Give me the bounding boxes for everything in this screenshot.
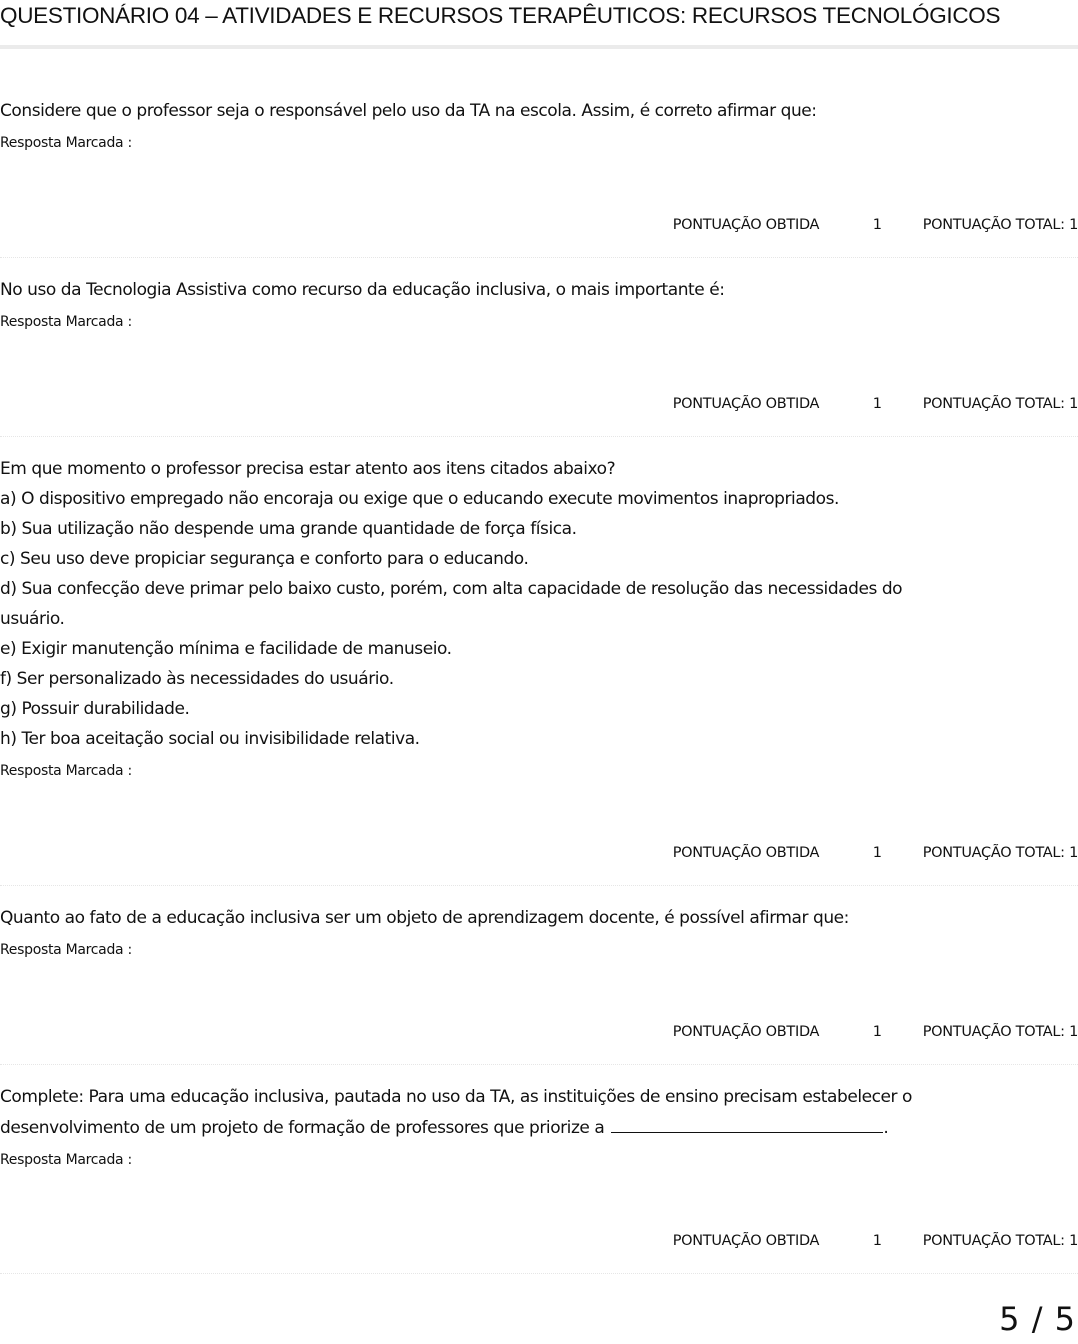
question-option-d: d) Sua confecção deve primar pelo baixo … [0, 574, 1078, 604]
question-option-a: a) O dispositivo empregado não encoraja … [0, 484, 1078, 514]
answer-marked-label: Resposta Marcada : [0, 135, 1078, 151]
question-line: Considere que o professor seja o respons… [0, 96, 1078, 126]
score-obtained-value: 1 [873, 396, 923, 412]
page-title: QUESTIONÁRIO 04 – ATIVIDADES E RECURSOS … [0, 3, 1000, 29]
page-indicator: 5 / 5 [999, 1300, 1076, 1338]
score-row: PONTUAÇÃO OBTIDA1PONTUAÇÃO TOTAL: 1 [673, 1233, 1078, 1255]
score-row: PONTUAÇÃO OBTIDA1PONTUAÇÃO TOTAL: 1 [673, 217, 1078, 239]
score-obtained-label: PONTUAÇÃO OBTIDA [673, 1024, 873, 1040]
answer-marked-label: Resposta Marcada : [0, 1152, 1078, 1168]
score-total-label: PONTUAÇÃO TOTAL: [923, 396, 1065, 412]
question-line: Complete: Para uma educação inclusiva, p… [0, 1082, 1078, 1112]
question-line-text: desenvolvimento de um projeto de formaçã… [0, 1118, 604, 1138]
question-text: Considere que o professor seja o respons… [0, 96, 1078, 126]
score-total-value: 1 [1069, 845, 1078, 861]
question-option-h: h) Ter boa aceitação social ou invisibil… [0, 724, 1078, 754]
score-obtained-label: PONTUAÇÃO OBTIDA [673, 217, 873, 233]
score-total-value: 1 [1069, 1024, 1078, 1040]
question-option-g: g) Possuir durabilidade. [0, 694, 1078, 724]
question-1: Considere que o professor seja o respons… [0, 96, 1078, 258]
question-line: desenvolvimento de um projeto de formaçã… [0, 1112, 1078, 1143]
question-4: Quanto ao fato de a educação inclusiva s… [0, 903, 1078, 1065]
answer-marked-label: Resposta Marcada : [0, 763, 1078, 779]
question-text: Quanto ao fato de a educação inclusiva s… [0, 903, 1078, 933]
score-obtained-value: 1 [873, 217, 923, 233]
answer-marked-label: Resposta Marcada : [0, 942, 1078, 958]
score-obtained-value: 1 [873, 845, 923, 861]
question-line: Em que momento o professor precisa estar… [0, 454, 1078, 484]
score-obtained-label: PONTUAÇÃO OBTIDA [673, 396, 873, 412]
score-total-value: 1 [1069, 217, 1078, 233]
question-3: Em que momento o professor precisa estar… [0, 454, 1078, 886]
score-obtained-label: PONTUAÇÃO OBTIDA [673, 1233, 873, 1249]
score-total-label: PONTUAÇÃO TOTAL: [923, 217, 1065, 233]
blank-suffix: . [883, 1118, 888, 1138]
page-separator: / [1032, 1300, 1044, 1338]
question-5: Complete: Para uma educação inclusiva, p… [0, 1082, 1078, 1274]
question-line: Quanto ao fato de a educação inclusiva s… [0, 903, 1078, 933]
score-total-value: 1 [1069, 396, 1078, 412]
score-total-label: PONTUAÇÃO TOTAL: [923, 1024, 1065, 1040]
question-option-d-cont: usuário. [0, 604, 1078, 634]
answer-marked-label: Resposta Marcada : [0, 314, 1078, 330]
question-text: No uso da Tecnologia Assistiva como recu… [0, 275, 1078, 305]
question-option-e: e) Exigir manutenção mínima e facilidade… [0, 634, 1078, 664]
page-total: 5 [1055, 1300, 1076, 1338]
question-text: Complete: Para uma educação inclusiva, p… [0, 1082, 1078, 1143]
page-current: 5 [999, 1300, 1020, 1338]
question-option-c: c) Seu uso deve propiciar segurança e co… [0, 544, 1078, 574]
question-option-b: b) Sua utilização não despende uma grand… [0, 514, 1078, 544]
score-total-label: PONTUAÇÃO TOTAL: [923, 1233, 1065, 1249]
score-obtained-value: 1 [873, 1233, 923, 1249]
score-row: PONTUAÇÃO OBTIDA1PONTUAÇÃO TOTAL: 1 [673, 845, 1078, 867]
score-row: PONTUAÇÃO OBTIDA1PONTUAÇÃO TOTAL: 1 [673, 1024, 1078, 1046]
question-option-f: f) Ser personalizado às necessidades do … [0, 664, 1078, 694]
page-header: QUESTIONÁRIO 04 – ATIVIDADES E RECURSOS … [0, 0, 1078, 49]
question-2: No uso da Tecnologia Assistiva como recu… [0, 275, 1078, 437]
question-text: Em que momento o professor precisa estar… [0, 454, 1078, 754]
question-line: No uso da Tecnologia Assistiva como recu… [0, 275, 1078, 305]
score-row: PONTUAÇÃO OBTIDA1PONTUAÇÃO TOTAL: 1 [673, 396, 1078, 418]
fill-in-blank [611, 1112, 883, 1133]
score-total-value: 1 [1069, 1233, 1078, 1249]
score-obtained-label: PONTUAÇÃO OBTIDA [673, 845, 873, 861]
score-total-label: PONTUAÇÃO TOTAL: [923, 845, 1065, 861]
score-obtained-value: 1 [873, 1024, 923, 1040]
